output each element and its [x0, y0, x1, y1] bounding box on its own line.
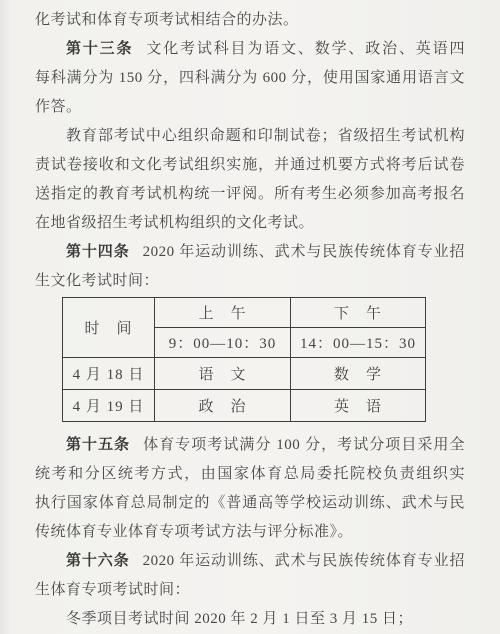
text-line: 执行国家体育总局制定的《普通高等学校运动训练、武术与民族	[35, 489, 465, 518]
text-line: 生体育专项考试时间：	[35, 576, 465, 605]
text-line: 每科满分为 150 分，四科满分为 600 分，使用国家通用语言文字	[35, 64, 465, 93]
table-cell-subject: 数 学	[291, 358, 426, 390]
table-row: 4 月 18 日 语 文 数 学	[63, 358, 426, 390]
article-number: 第十四条	[66, 244, 130, 260]
table-cell-subject: 政 治	[155, 390, 291, 422]
text-line: 统考和分区统考方式，由国家体育总局委托院校负责组织实施，	[35, 460, 465, 489]
table-cell-morning-time: 9：00—10：30	[155, 328, 291, 358]
article-number: 第十三条	[66, 41, 133, 57]
table-header-afternoon: 下 午	[291, 298, 426, 328]
table-cell-date: 4 月 18 日	[63, 358, 155, 390]
table-cell-subject: 英 语	[291, 390, 426, 422]
text-line: 传统体育专业体育专项考试方法与评分标准》。	[35, 518, 465, 547]
article-number: 第十五条	[66, 437, 130, 453]
table-cell-subject: 语 文	[155, 358, 291, 390]
article-number: 第十六条	[66, 553, 130, 569]
text-line: 送指定的教育考试机构统一评阅。所有考生必须参加高考报名所	[35, 180, 465, 209]
table-header-morning: 上 午	[155, 298, 291, 328]
table-cell-date: 4 月 19 日	[63, 390, 155, 422]
exam-schedule-table: 时 间 上 午 下 午 9：00—10：30 14：00—15：30 4 月 1…	[62, 297, 426, 422]
text-line: 教育部考试中心组织命题和印制试卷；省级招生考试机构负	[35, 122, 465, 151]
text-line: 责试卷接收和文化考试组织实施，并通过机要方式将考后试卷发	[35, 151, 465, 180]
scanned-document-page: { "colors":{ "paper":"#f2f1ee", "paper-e…	[0, 0, 500, 626]
table-cell-afternoon-time: 14：00—15：30	[291, 328, 426, 358]
text-line: 第十六条2020 年运动训练、武术与民族传统体育专业招	[35, 547, 465, 576]
table-row: 4 月 19 日 政 治 英 语	[63, 390, 426, 422]
text-line: 生文化考试时间：	[35, 267, 465, 296]
table-header-time: 时 间	[63, 298, 155, 358]
article-text: 2020 年运动训练、武术与民族传统体育专业招	[143, 244, 465, 260]
text-line: 第十三条文化考试科目为语文、数学、政治、英语四科，	[35, 35, 465, 64]
text-line: 化考试和体育专项考试相结合的办法。	[35, 6, 465, 35]
article-text: 2020 年运动训练、武术与民族传统体育专业招	[143, 553, 465, 569]
text-line: 冬季项目考试时间 2020 年 2 月 1 日至 3 月 15 日；	[35, 605, 465, 626]
text-line: 作答。	[35, 93, 465, 122]
document-body: 化考试和体育专项考试相结合的办法。 第十三条文化考试科目为语文、数学、政治、英语…	[35, 6, 465, 626]
text-line: 在地省级招生考试机构组织的文化考试。	[35, 209, 465, 238]
text-line: 第十四条2020 年运动训练、武术与民族传统体育专业招	[35, 238, 465, 267]
text-line: 第十五条体育专项考试满分 100 分，考试分项目采用全国	[35, 431, 465, 460]
